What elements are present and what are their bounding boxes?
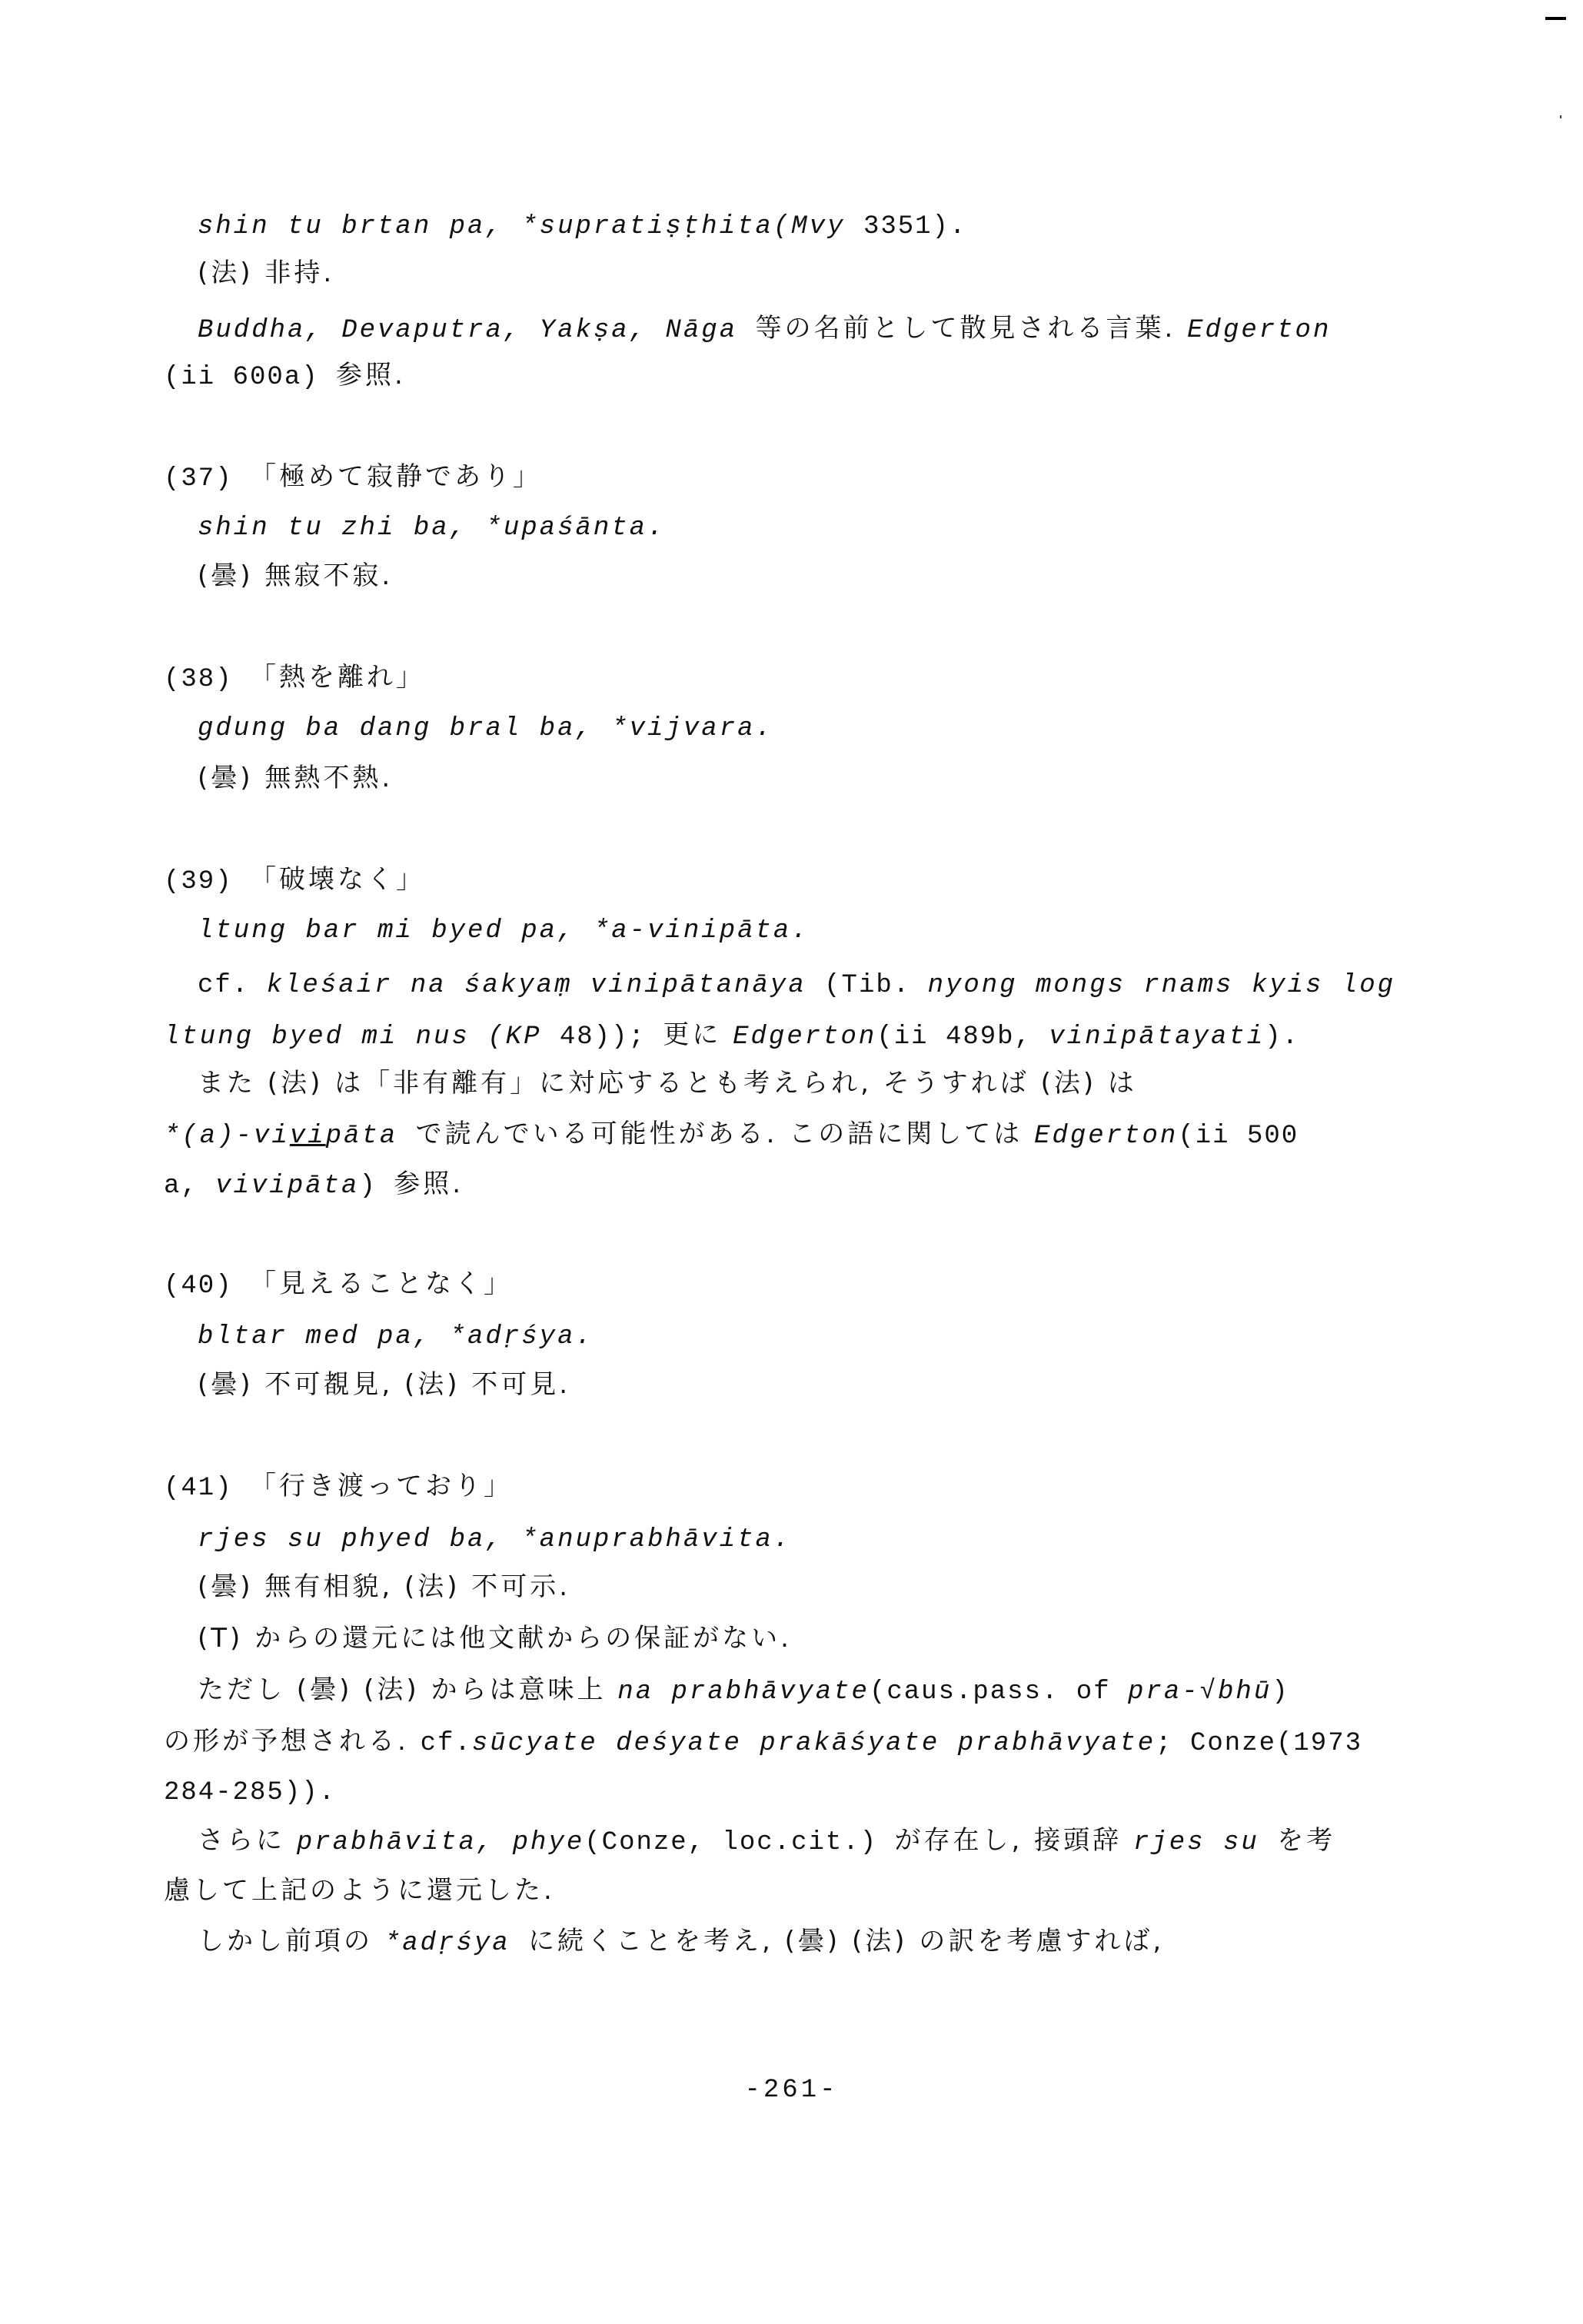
text-segment: (Conze, loc.cit.): [584, 1828, 894, 1857]
text-segment: ; Conze(1973: [1156, 1729, 1362, 1758]
text-line: しかし前項の *adṛśya に続くことを考え, (曇) (法) の訳を考慮すれ…: [198, 1924, 1164, 1960]
text-segment: 等の名前として散見される言葉.: [756, 313, 1188, 344]
page-number: -261-: [0, 2076, 1583, 2105]
text-segment: ): [1272, 1677, 1289, 1707]
text-segment: (曇) 無熱不熱.: [198, 763, 393, 793]
text-line: ただし (曇) (法) からは意味上 na prabhāvyate(caus.p…: [198, 1673, 1289, 1709]
text-segment: (38): [164, 665, 250, 694]
text-segment: (40): [164, 1272, 250, 1301]
text-line: の形が予想される. cf.sūcyate deśyate prakāśyate …: [164, 1724, 1362, 1760]
text-segment: nyong mongs rnams kyis log: [928, 971, 1396, 1000]
text-line: cf. kleśair na śakyaṃ vinipātanāya (Tib.…: [198, 966, 1395, 1002]
text-line: ltung byed mi nus (KP 48)); 更に Edgerton(…: [164, 1018, 1299, 1054]
text-line: *(a)-vivipāta で読んでいる可能性がある. この語に関しては Edg…: [164, 1117, 1299, 1153]
text-segment: shin tu brtan pa, *supratiṣṭhita(Mvy: [198, 212, 863, 241]
text-segment: (Tib.: [824, 971, 927, 1000]
text-segment: shin tu zhi ba, *upaśānta.: [198, 514, 666, 543]
text-segment: Edgerton: [1034, 1122, 1178, 1151]
text-line: a, vivipāta) 参照.: [164, 1167, 464, 1203]
text-segment: pra-√bhū: [1128, 1677, 1272, 1707]
text-segment: (39): [164, 867, 250, 896]
text-segment: cf.: [421, 1729, 472, 1758]
text-segment: sūcyate deśyate prakāśyate prabhāvyate: [472, 1729, 1156, 1758]
text-segment: を考: [1277, 1825, 1335, 1856]
text-segment: 参照.: [394, 1169, 464, 1199]
text-segment: 「熱を離れ」: [250, 662, 425, 693]
text-segment: na prabhāvyate: [617, 1677, 870, 1707]
text-segment: vi: [290, 1122, 326, 1151]
text-segment: ltung bar mi byed pa, *a-vinipāta.: [198, 916, 810, 946]
text-segment: 更に: [663, 1019, 733, 1050]
text-segment: Edgerton: [733, 1022, 876, 1052]
text-segment: 「極めて寂静であり」: [250, 461, 542, 492]
text-line: また (法) は「非有離有」に対応するとも考えられ, そうすれば (法) は: [198, 1066, 1137, 1100]
text-line: (曇) 無有相貌, (法) 不可示.: [198, 1570, 570, 1604]
text-line: (曇) 不可覩見, (法) 不可見.: [198, 1368, 570, 1401]
text-segment: vinipātayati: [1049, 1022, 1265, 1052]
text-segment: bltar med pa, *adṛśya.: [198, 1322, 594, 1352]
text-segment: また (法) は「非有離有」に対応するとも考えられ, そうすれば (法) は: [198, 1068, 1137, 1099]
text-segment: ltung byed mi nus (KP: [164, 1022, 560, 1052]
text-line: (39) 「破壊なく」: [164, 863, 425, 899]
text-segment: cf.: [198, 971, 267, 1000]
text-line: (40) 「見えることなく」: [164, 1267, 513, 1303]
text-segment: (ii 489b,: [876, 1022, 1049, 1052]
text-segment: (曇) 無有相貌, (法) 不可示.: [198, 1571, 570, 1602]
text-segment: vivipāta: [215, 1172, 359, 1201]
text-line: gdung ba dang bral ba, *vijvara.: [198, 710, 773, 746]
text-segment: a,: [164, 1172, 215, 1201]
text-segment: Buddha, Devaputra, Yakṣa, Nāga: [198, 316, 756, 345]
text-line: (38) 「熱を離れ」: [164, 660, 425, 697]
text-segment: で読んでいる可能性がある. この語に関しては: [416, 1119, 1034, 1149]
text-segment: 3351).: [863, 212, 966, 241]
text-line: shin tu brtan pa, *supratiṣṭhita(Mvy 335…: [198, 208, 966, 244]
text-segment: (法) 非持.: [198, 258, 334, 288]
text-segment: gdung ba dang bral ba, *vijvara.: [198, 714, 773, 743]
text-segment: さらに: [198, 1825, 297, 1856]
text-segment: しかし前項の: [198, 1926, 384, 1957]
text-segment: 284-285)).: [164, 1778, 336, 1807]
text-segment: (T) からの還元には他文献からの保証がない.: [198, 1623, 792, 1654]
text-segment: pāta: [326, 1122, 416, 1151]
text-segment: (41): [164, 1474, 250, 1503]
text-segment: rjes su phyed ba, *anuprabhāvita.: [198, 1525, 791, 1554]
text-segment: kleśair na śakyaṃ vinipātanāya: [267, 971, 825, 1000]
text-line: shin tu zhi ba, *upaśānta.: [198, 509, 666, 545]
text-line: (曇) 無熱不熱.: [198, 761, 393, 795]
text-line: rjes su phyed ba, *anuprabhāvita.: [198, 1521, 791, 1557]
text-segment: (ii 600a): [164, 363, 336, 392]
text-line: bltar med pa, *adṛśya.: [198, 1318, 594, 1354]
text-segment: rjes su: [1133, 1828, 1277, 1857]
text-segment: 「行き渡っており」: [250, 1471, 513, 1501]
text-line: 慮して上記のように還元した.: [164, 1873, 555, 1907]
text-line: ltung bar mi byed pa, *a-vinipāta.: [198, 912, 810, 948]
text-line: (41) 「行き渡っており」: [164, 1469, 513, 1505]
text-segment: ただし (曇) (法) からは意味上: [198, 1674, 617, 1705]
text-segment: ).: [1265, 1022, 1299, 1052]
scan-speck: [1560, 115, 1561, 118]
text-segment: 48));: [560, 1022, 663, 1052]
text-segment: (caus.pass. of: [870, 1677, 1128, 1707]
text-segment: 参照.: [336, 360, 406, 391]
text-line: Buddha, Devaputra, Yakṣa, Nāga 等の名前として散見…: [198, 311, 1331, 347]
text-segment: (37): [164, 464, 250, 494]
text-segment: 「見えることなく」: [250, 1268, 513, 1299]
text-segment: prabhāvita, phye: [297, 1828, 584, 1857]
text-segment: 慮して上記のように還元した.: [164, 1875, 555, 1906]
text-segment: *(a)-vi: [164, 1122, 290, 1151]
text-segment: に続くことを考え, (曇) (法) の訳を考慮すれば,: [528, 1926, 1164, 1957]
text-segment: *adṛśya: [384, 1929, 528, 1958]
text-line: さらに prabhāvita, phye(Conze, loc.cit.) が存…: [198, 1824, 1335, 1860]
text-line: 284-285)).: [164, 1774, 336, 1810]
text-line: (37) 「極めて寂静であり」: [164, 460, 542, 496]
text-line: (ii 600a) 参照.: [164, 358, 406, 394]
text-line: (T) からの還元には他文献からの保証がない.: [198, 1621, 792, 1655]
text-segment: が存在し, 接頭辞: [895, 1825, 1133, 1856]
text-segment: (曇) 不可覩見, (法) 不可見.: [198, 1369, 570, 1400]
text-segment: 「破壊なく」: [250, 864, 425, 895]
text-segment: の形が予想される.: [164, 1726, 421, 1757]
scan-corner-mark: [1545, 17, 1566, 20]
text-line: (法) 非持.: [198, 256, 334, 290]
text-segment: (ii 500: [1178, 1122, 1299, 1151]
text-segment: (曇) 無寂不寂.: [198, 560, 393, 591]
text-segment: ): [359, 1172, 394, 1201]
text-line: (曇) 無寂不寂.: [198, 559, 393, 593]
text-segment: Edgerton: [1187, 316, 1331, 345]
